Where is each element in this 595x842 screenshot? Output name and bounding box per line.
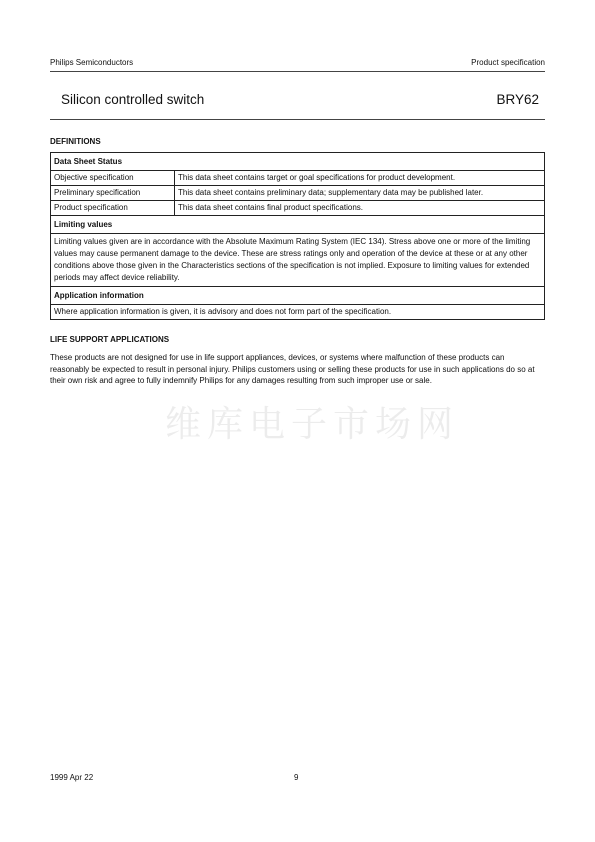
limiting-values-text: Limiting values given are in accordance … — [51, 234, 544, 287]
status-label: Objective specification — [51, 171, 175, 185]
product-title: Silicon controlled switch — [61, 92, 204, 107]
application-information-heading: Application information — [51, 287, 544, 305]
product-code: BRY62 — [496, 92, 539, 107]
watermark: 维库电子市场网 — [165, 396, 459, 447]
definitions-title: DEFINITIONS — [50, 137, 101, 146]
life-support-title: LIFE SUPPORT APPLICATIONS — [50, 335, 169, 344]
table-row: Product specification This data sheet co… — [51, 201, 544, 216]
table-row: Preliminary specification This data shee… — [51, 186, 544, 201]
header-rule-top — [50, 71, 545, 72]
footer-date: 1999 Apr 22 — [50, 773, 93, 782]
header-rule-bottom — [50, 119, 545, 120]
data-sheet-status-heading: Data Sheet Status — [51, 153, 544, 171]
company-name: Philips Semiconductors — [50, 58, 133, 67]
status-label: Product specification — [51, 201, 175, 215]
life-support-text: These products are not designed for use … — [50, 352, 545, 387]
status-description: This data sheet contains preliminary dat… — [175, 186, 544, 200]
status-description: This data sheet contains final product s… — [175, 201, 544, 215]
definitions-table: Data Sheet Status Objective specificatio… — [50, 152, 545, 320]
status-description: This data sheet contains target or goal … — [175, 171, 544, 185]
table-row: Objective specification This data sheet … — [51, 171, 544, 186]
document-type: Product specification — [471, 58, 545, 67]
limiting-values-heading: Limiting values — [51, 216, 544, 234]
page-number: 9 — [294, 773, 298, 782]
status-label: Preliminary specification — [51, 186, 175, 200]
application-information-text: Where application information is given, … — [51, 305, 544, 319]
